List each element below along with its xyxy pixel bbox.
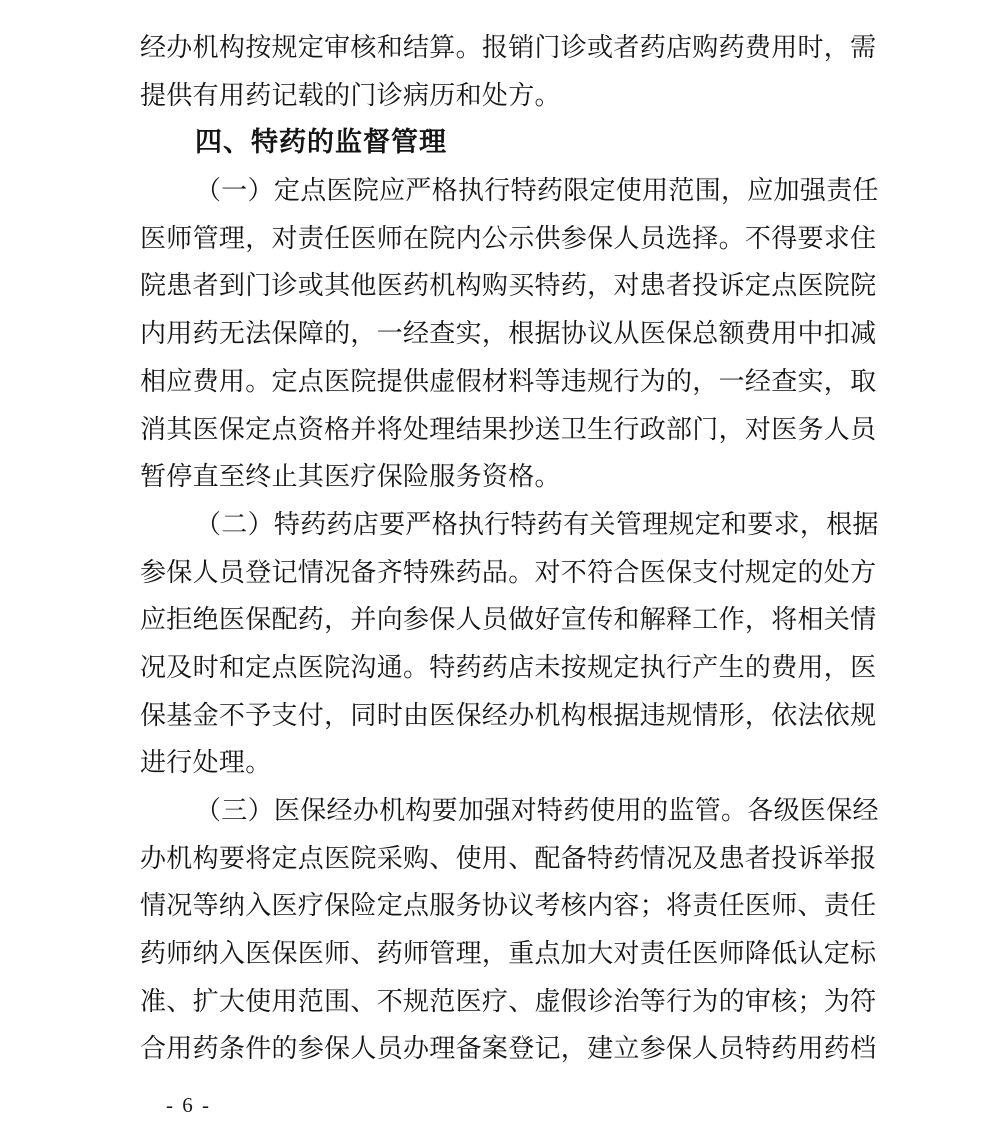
text-line: 进行处理。 [140,739,880,787]
text-line: 保基金不予支付，同时由医保经办机构根据违规情形，依法依规 [140,692,880,740]
text-line: 院患者到门诊或其他医药机构购买特药，对患者投诉定点医院院 [140,262,880,310]
text-line: 参保人员登记情况备齐特殊药品。对不符合医保支付规定的处方 [140,549,880,597]
text-line: 准、扩大使用范围、不规范医疗、虚假诊治等行为的审核；为符 [140,978,880,1026]
document-body: 经办机构按规定审核和结算。报销门诊或者药店购药费用时，需提供有用药记载的门诊病历… [140,24,880,1073]
text-line: （三）医保经办机构要加强对特药使用的监管。各级医保经 [140,787,880,835]
text-line: 合用药条件的参保人员办理备案登记，建立参保人员特药用药档 [140,1025,880,1073]
section-heading: 四、特药的监督管理 [140,119,880,167]
text-line: 应拒绝医保配药，并向参保人员做好宣传和解释工作，将相关情 [140,596,880,644]
text-line: （二）特药药店要严格执行特药有关管理规定和要求，根据 [140,501,880,549]
text-line: 相应费用。定点医院提供虚假材料等违规行为的，一经查实，取 [140,358,880,406]
text-line: （一）定点医院应严格执行特药限定使用范围，应加强责任 [140,167,880,215]
text-line: 内用药无法保障的，一经查实，根据协议从医保总额费用中扣减 [140,310,880,358]
text-line: 暂停直至终止其医疗保险服务资格。 [140,453,880,501]
text-line: 办机构要将定点医院采购、使用、配备特药情况及患者投诉举报 [140,835,880,883]
text-line: 药师纳入医保医师、药师管理，重点加大对责任医师降低认定标 [140,930,880,978]
text-line: 提供有用药记载的门诊病历和处方。 [140,72,880,120]
text-line: 情况等纳入医疗保险定点服务协议考核内容；将责任医师、责任 [140,882,880,930]
text-line: 医师管理，对责任医师在院内公示供参保人员选择。不得要求住 [140,215,880,263]
document-page: 经办机构按规定审核和结算。报销门诊或者药店购药费用时，需提供有用药记载的门诊病历… [0,0,1000,1131]
text-line: 况及时和定点医院沟通。特药药店未按规定执行产生的费用，医 [140,644,880,692]
text-line: 消其医保定点资格并将处理结果抄送卫生行政部门，对医务人员 [140,406,880,454]
page-number: - 6 - [166,1092,211,1118]
text-line: 经办机构按规定审核和结算。报销门诊或者药店购药费用时，需 [140,24,880,72]
